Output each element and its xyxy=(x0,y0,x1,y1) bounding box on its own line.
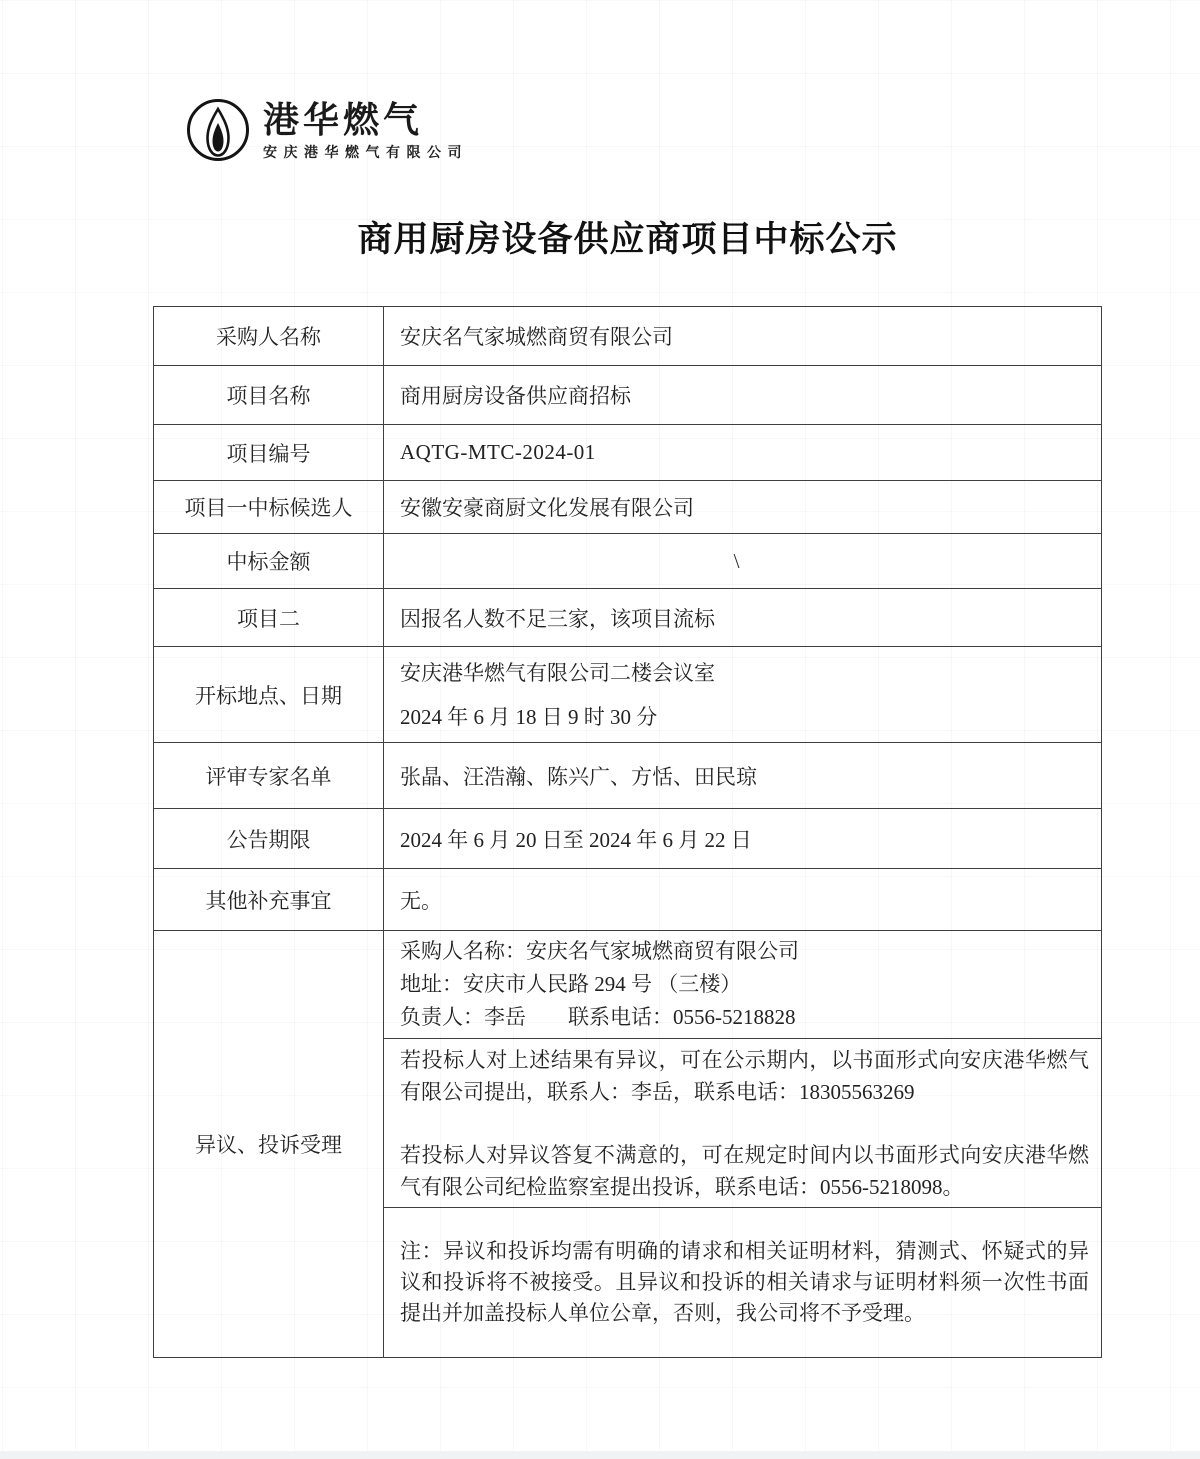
table-row: 其他补充事宜 无。 xyxy=(154,869,1102,931)
row-label-project-name: 项目名称 xyxy=(154,366,384,425)
brand-name: 港华燃气 xyxy=(263,102,468,138)
table-row: 项目编号 AQTG-MTC-2024-01 xyxy=(154,425,1102,481)
table-row: 项目二 因报名人数不足三家，该项目流标 xyxy=(154,589,1102,647)
row-label-announcement-period: 公告期限 xyxy=(154,809,384,869)
announcement-table: 采购人名称 安庆名气家城燃商贸有限公司 项目名称 商用厨房设备供应商招标 项目编… xyxy=(153,306,1102,1358)
objection-note: 注：异议和投诉均需有明确的请求和相关证明材料，猜测式、怀疑式的异议和投诉将不被接… xyxy=(400,1236,1089,1329)
opening-place-line: 安庆港华燃气有限公司二楼会议室 xyxy=(400,660,1089,686)
page-title: 商用厨房设备供应商项目中标公示 xyxy=(153,212,1102,262)
objection-contact-cell: 采购人名称：安庆名气家城燃商贸有限公司 地址：安庆市人民路 294 号 （三楼）… xyxy=(384,931,1102,1039)
company-logo: 港华燃气 安庆港华燃气有限公司 xyxy=(185,97,468,168)
opening-date-line: 2024 年 6 月 18 日 9 时 30 分 xyxy=(400,704,1089,730)
row-value-expert-list: 张晶、汪浩瀚、陈兴广、方恬、田民琼 xyxy=(384,743,1102,809)
objection-phone-line: 负责人：李岳 联系电话：0556-5218828 xyxy=(400,1001,1089,1034)
bid-announcement-document: { "logo": { "brand": "港华燃气", "company": … xyxy=(0,0,1200,1459)
logo-text-block: 港华燃气 安庆港华燃气有限公司 xyxy=(263,97,468,160)
row-value-project-name: 商用厨房设备供应商招标 xyxy=(384,366,1102,425)
objection-note-cell: 注：异议和投诉均需有明确的请求和相关证明材料，猜测式、怀疑式的异议和投诉将不被接… xyxy=(384,1208,1102,1358)
table-row: 异议、投诉受理 采购人名称：安庆名气家城燃商贸有限公司 地址：安庆市人民路 29… xyxy=(154,931,1102,1039)
towngas-flame-icon xyxy=(185,97,251,168)
row-label-purchaser: 采购人名称 xyxy=(154,307,384,366)
row-value-announcement-period: 2024 年 6 月 20 日至 2024 年 6 月 22 日 xyxy=(384,809,1102,869)
row-value-project-number: AQTG-MTC-2024-01 xyxy=(384,425,1102,481)
table-row: 中标金额 \ xyxy=(154,534,1102,589)
row-value-purchaser: 安庆名气家城燃商贸有限公司 xyxy=(384,307,1102,366)
row-label-expert-list: 评审专家名单 xyxy=(154,743,384,809)
objection-address-line: 地址：安庆市人民路 294 号 （三楼） xyxy=(400,968,1089,1001)
row-value-other-matters: 无。 xyxy=(384,869,1102,931)
row-value-winner-candidate: 安徽安豪商厨文化发展有限公司 xyxy=(384,481,1102,534)
row-value-bid-amount: \ xyxy=(384,534,1102,589)
row-label-other-matters: 其他补充事宜 xyxy=(154,869,384,931)
complaint-paragraph: 若投标人对异议答复不满意的，可在规定时间内以书面形式向安庆港华燃气有限公司纪检监… xyxy=(400,1139,1089,1203)
table-row: 评审专家名单 张晶、汪浩瀚、陈兴广、方恬、田民琼 xyxy=(154,743,1102,809)
table-row: 项目名称 商用厨房设备供应商招标 xyxy=(154,366,1102,425)
row-label-winner-candidate: 项目一中标候选人 xyxy=(154,481,384,534)
row-label-project-number: 项目编号 xyxy=(154,425,384,481)
row-label-bid-amount: 中标金额 xyxy=(154,534,384,589)
brand-company-name: 安庆港华燃气有限公司 xyxy=(263,145,468,160)
table-row: 项目一中标候选人 安徽安豪商厨文化发展有限公司 xyxy=(154,481,1102,534)
row-value-project-two: 因报名人数不足三家，该项目流标 xyxy=(384,589,1102,647)
table-row: 采购人名称 安庆名气家城燃商贸有限公司 xyxy=(154,307,1102,366)
table-row: 公告期限 2024 年 6 月 20 日至 2024 年 6 月 22 日 xyxy=(154,809,1102,869)
row-value-opening-place-date: 安庆港华燃气有限公司二楼会议室 2024 年 6 月 18 日 9 时 30 分 xyxy=(384,647,1102,743)
row-label-opening-place-date: 开标地点、日期 xyxy=(154,647,384,743)
table-row: 开标地点、日期 安庆港华燃气有限公司二楼会议室 2024 年 6 月 18 日 … xyxy=(154,647,1102,743)
objection-procedure-cell: 若投标人对上述结果有异议，可在公示期内，以书面形式向安庆港华燃气有限公司提出，联… xyxy=(384,1039,1102,1208)
row-label-project-two: 项目二 xyxy=(154,589,384,647)
objection-purchaser-line: 采购人名称：安庆名气家城燃商贸有限公司 xyxy=(400,935,1089,968)
page-bottom-edge xyxy=(0,1451,1200,1459)
objection-paragraph: 若投标人对上述结果有异议，可在公示期内，以书面形式向安庆港华燃气有限公司提出，联… xyxy=(400,1044,1089,1108)
row-label-objection-handling: 异议、投诉受理 xyxy=(154,931,384,1358)
